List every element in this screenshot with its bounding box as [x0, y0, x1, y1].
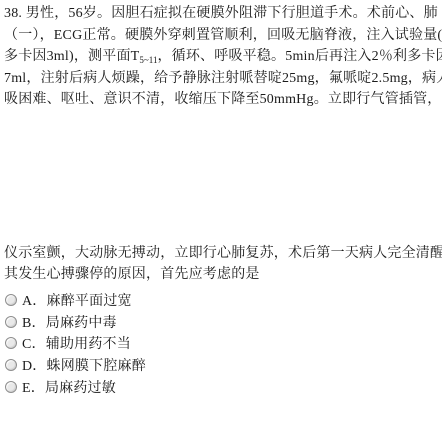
radio-button-d[interactable] — [5, 359, 17, 371]
stem-line-1: 38. 男性，56岁。因胆石症拟在硬膜外阻滞下行胆道手术。术前心、肺 — [4, 3, 442, 25]
option-letter-e: E． — [22, 377, 45, 397]
option-letter-c: C． — [22, 333, 46, 353]
option-letter-b: B． — [22, 312, 46, 332]
radio-button-e[interactable] — [5, 381, 17, 393]
option-text-d: 蛛网膜下腔麻醉 — [47, 355, 146, 375]
prompt-line-1: 仪示室颤，大动脉无搏动，立即行心肺复苏，术后第一天病人完全清醒。 — [4, 243, 442, 265]
exam-question-page: 38. 男性，56岁。因胆石症拟在硬膜外阻滞下行胆道手术。术前心、肺 （一），E… — [0, 0, 442, 429]
option-text-a: 麻醉平面过宽 — [47, 290, 132, 310]
option-letter-a: A． — [22, 290, 47, 310]
stem-line-4: 7ml，注射后病人烦躁，给予静脉注射哌替啶25mg，氟哌啶2.5mg，病人呼 — [4, 68, 442, 90]
stem-line-2: （一），ECG正常。硬膜外穿刺置管顺利，回吸无脑脊液，注入试验量(2%利 — [4, 25, 442, 47]
question-prompt: 仪示室颤，大动脉无搏动，立即行心肺复苏，术后第一天病人完全清醒。 其发生心搏骤停… — [0, 243, 442, 286]
question-stem: 38. 男性，56岁。因胆石症拟在硬膜外阻滞下行胆道手术。术前心、肺 （一），E… — [0, 0, 442, 111]
block-level-subscript: 5~11 — [139, 55, 157, 65]
option-letter-d: D． — [22, 355, 47, 375]
option-text-e: 局麻药过敏 — [45, 377, 116, 397]
option-text-b: 局麻药中毒 — [46, 312, 117, 332]
option-c[interactable]: C． 辅助用药不当 — [0, 333, 442, 355]
option-text-c: 辅助用药不当 — [46, 333, 131, 353]
radio-button-b[interactable] — [5, 316, 17, 328]
answer-options: A． 麻醉平面过宽 B． 局麻药中毒 C． 辅助用药不当 D． 蛛网膜下腔麻醉 … — [0, 290, 442, 398]
stem-line-3-pre: 多卡因3ml)，测平面T — [4, 49, 139, 64]
option-b[interactable]: B． 局麻药中毒 — [0, 311, 442, 333]
prompt-line-2: 其发生心搏骤停的原因，首先应考虑的是 — [4, 264, 442, 286]
stem-line-3: 多卡因3ml)，测平面T5~11，循环、呼吸平稳。5min后再注入2％利多卡因 — [4, 46, 442, 68]
option-a[interactable]: A． 麻醉平面过宽 — [0, 290, 442, 312]
option-e[interactable]: E． 局麻药过敏 — [0, 376, 442, 398]
stem-line-3-post: ，循环、呼吸平稳。5min后再注入2％利多卡因 — [157, 49, 442, 64]
option-d[interactable]: D． 蛛网膜下腔麻醉 — [0, 354, 442, 376]
blank-area — [0, 111, 442, 243]
radio-button-a[interactable] — [5, 294, 17, 306]
stem-line-5: 吸困难、呕吐、意识不清，收缩压下降至50mmHg。立即行气管插管，监护 — [4, 89, 442, 111]
radio-button-c[interactable] — [5, 337, 17, 349]
